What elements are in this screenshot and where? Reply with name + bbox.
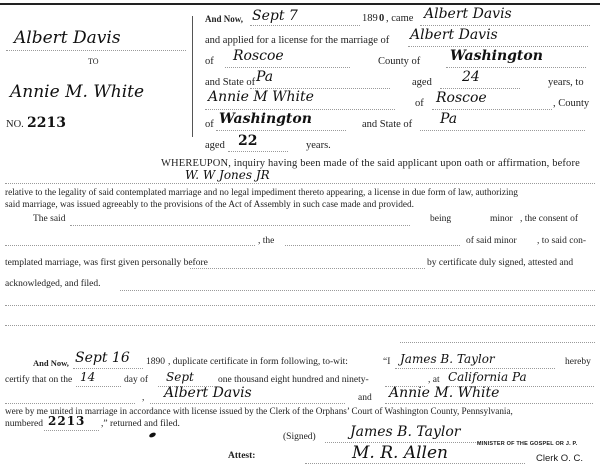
- county-label: , County: [553, 98, 589, 109]
- returned-text: ,” returned and filed.: [101, 419, 180, 429]
- certify-label: certify that on the: [5, 375, 72, 385]
- bride-age: 22: [238, 133, 257, 149]
- parent-rule: [285, 245, 460, 246]
- aged-label: aged: [412, 77, 432, 88]
- the-said-label: The said: [33, 214, 65, 224]
- before-groom-rule: [5, 403, 135, 404]
- groom-rule: [6, 50, 186, 51]
- groom-county: Washington: [450, 48, 543, 64]
- years-to-label: years, to: [548, 77, 584, 88]
- minister-name: James B. Taylor: [400, 352, 495, 366]
- number-rule: [44, 430, 99, 431]
- of-said-minor-label: of said minor: [466, 236, 517, 246]
- to-said-con-label: , to said con-: [537, 236, 586, 246]
- to-connector: TO: [88, 57, 99, 66]
- applicant-name: Albert Davis: [424, 6, 512, 22]
- blank-rule-4: [400, 342, 595, 343]
- cert-bride-rule: [385, 403, 593, 404]
- official-name: W. W Jones JR: [185, 168, 270, 182]
- hereby-label: hereby: [565, 357, 591, 367]
- bride-rule: [205, 109, 395, 110]
- minor-label: minor: [490, 214, 513, 224]
- record-number: 2213: [27, 115, 66, 131]
- bride-state-rule: [420, 130, 585, 131]
- official-rule: [5, 183, 595, 184]
- blank-rule-1: [120, 290, 595, 291]
- top-border: [0, 3, 600, 5]
- quote-i: “I: [383, 357, 390, 367]
- and-label: and: [358, 393, 372, 403]
- templated-text: templated marriage, was first given pers…: [5, 258, 208, 268]
- said-rule: [70, 225, 410, 226]
- certificate-year: 1890: [146, 357, 165, 367]
- minister-rule: [395, 368, 555, 369]
- minister-signature: James B. Taylor: [350, 424, 460, 440]
- bride-age-rule: [228, 151, 288, 152]
- bride-county: Washington: [219, 111, 312, 127]
- groom-age: 24: [462, 69, 480, 85]
- thousand-text: one thousand eight hundred and ninety-: [218, 375, 369, 385]
- issued-text: said marriage, was issued agreeably to t…: [5, 200, 414, 210]
- state-of-label: and State of: [205, 77, 255, 88]
- consent-rule: [5, 245, 255, 246]
- came-label: , came: [386, 13, 413, 24]
- town-rule: [225, 67, 350, 68]
- year-prefix: 189: [362, 13, 378, 24]
- years-label: years.: [306, 140, 331, 151]
- application-date: Sept 7: [252, 8, 298, 24]
- groom-rule-2: [408, 46, 588, 47]
- number-label: NO.: [6, 119, 24, 130]
- applicant-rule: [420, 25, 590, 26]
- groom-town: Roscoe: [233, 48, 284, 64]
- by-certificate-text: by certificate duly signed, attested and: [427, 258, 573, 268]
- ink-blot: [148, 432, 156, 439]
- groom-name: Albert Davis: [14, 28, 121, 48]
- of-label-3: of: [205, 119, 214, 130]
- clerk-title: Clerk O. C.: [536, 453, 583, 464]
- aged-label-2: aged: [205, 140, 225, 151]
- bracket-line: [192, 16, 193, 137]
- before-rule: [190, 268, 425, 269]
- and-now-label: And Now,: [205, 14, 243, 24]
- age-rule: [440, 88, 520, 89]
- state-of-label-2: and State of: [362, 119, 412, 130]
- cert-date-rule: [73, 368, 143, 369]
- minister-title: MINISTER OF THE GOSPEL OR J. P.: [477, 441, 577, 447]
- of-label: of: [205, 56, 214, 67]
- bride-name-license: Annie M White: [208, 89, 314, 105]
- signed-label: (Signed): [283, 432, 316, 442]
- bride-name: Annie M. White: [10, 82, 144, 102]
- and-now-label-2: And Now,: [33, 358, 69, 368]
- cert-groom-rule: [150, 403, 345, 404]
- blank-rule-2: [5, 305, 595, 306]
- at-label: , at: [428, 375, 440, 385]
- groom-state: Pa: [256, 69, 273, 85]
- of-label-2: of: [415, 98, 424, 109]
- county-of-label: County of: [378, 56, 420, 67]
- applied-text: and applied for a license for the marria…: [205, 35, 389, 46]
- certificate-bride: Annie M. White: [389, 385, 499, 401]
- bride-county-rule: [216, 130, 346, 131]
- marriage-month: Sept: [166, 370, 194, 384]
- duplicate-text: , duplicate certificate in form followin…: [168, 357, 348, 367]
- bride-town-rule: [432, 109, 552, 110]
- attest-label: Attest:: [228, 451, 255, 461]
- day-of-label: day of: [124, 375, 148, 385]
- date-rule: [250, 25, 360, 26]
- marriage-day: 14: [80, 370, 95, 384]
- numbered-label: numbered: [5, 419, 43, 429]
- marriage-place: California Pa: [448, 370, 527, 384]
- blank-rule-3: [5, 325, 595, 326]
- legality-text: relative to the legality of said contemp…: [5, 188, 518, 198]
- day-rule: [76, 386, 121, 387]
- groom-name-license: Albert Davis: [410, 27, 498, 43]
- county-rule: [446, 67, 586, 68]
- clerk-sig-rule: [305, 463, 525, 464]
- the-label: , the: [258, 236, 274, 246]
- being-label: being: [430, 214, 451, 224]
- license-number: 2213: [48, 414, 85, 428]
- certificate-date: Sept 16: [75, 350, 130, 366]
- consent-of-label: , the consent of: [520, 214, 578, 224]
- clerk-signature: M. R. Allen: [352, 443, 448, 463]
- comma: ,: [142, 393, 144, 403]
- acknowledged-text: acknowledged, and filed.: [5, 279, 101, 289]
- bride-state: Pa: [440, 111, 457, 127]
- certificate-groom: Albert Davis: [164, 385, 252, 401]
- year-digit: 0: [379, 13, 384, 24]
- bride-town: Roscoe: [436, 90, 487, 106]
